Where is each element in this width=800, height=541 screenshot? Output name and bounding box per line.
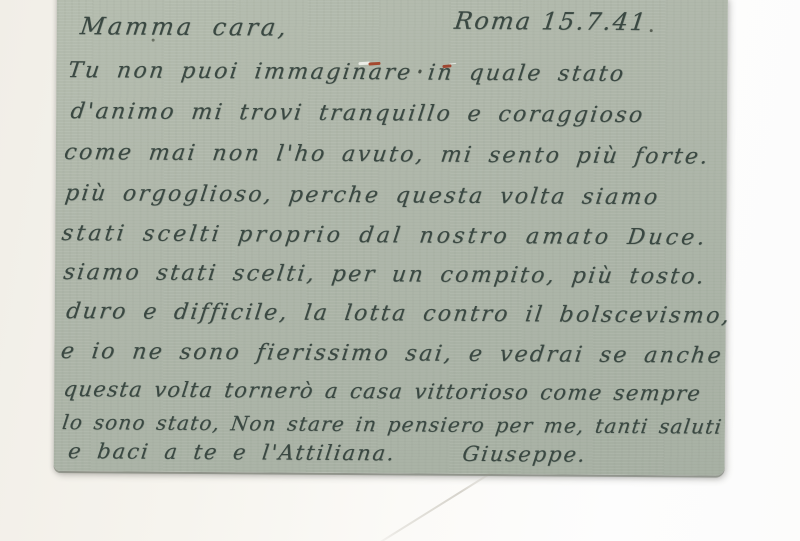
letter-line: Tu non puoi immaginare in quale stato bbox=[66, 58, 627, 87]
signature: Giuseppe. bbox=[461, 442, 588, 467]
ink-speck bbox=[650, 29, 653, 32]
closing-line: e baci a te e l'Attiliana. Giuseppe. bbox=[67, 439, 589, 467]
letter-line: stati scelti proprio dal nostro amato Du… bbox=[60, 221, 709, 250]
ink-speck bbox=[152, 39, 155, 42]
letter-line: d'animo mi trovi tranquillo e coraggioso bbox=[69, 99, 646, 128]
closing: e baci a te e l'Attiliana. bbox=[67, 439, 398, 465]
letter-line: duro e difficile, la lotta contro il bol… bbox=[65, 299, 733, 329]
letter-line: e io ne sono fierissimo sai, e vedrai se… bbox=[59, 339, 724, 369]
letter-line: questa volta tornerò a casa vittorioso c… bbox=[62, 377, 703, 405]
postcard: Mamma cara, Roma 15.7.41 Tu non puoi imm… bbox=[54, 0, 728, 476]
scan-background: Mamma cara, Roma 15.7.41 Tu non puoi imm… bbox=[0, 0, 800, 541]
letter-line: lo sono stato, Non stare in pensiero per… bbox=[61, 410, 724, 439]
paper-crease bbox=[371, 467, 499, 541]
letter-line: come mai non l'ho avuto, mi sento più fo… bbox=[63, 140, 712, 169]
greeting: Mamma cara, bbox=[79, 12, 291, 41]
letter-line: più orgoglioso, perche questa volta siam… bbox=[63, 181, 661, 210]
letter-line: siamo stati scelti, per un compito, più … bbox=[62, 260, 708, 289]
dateline: Roma 15.7.41 bbox=[453, 7, 649, 36]
